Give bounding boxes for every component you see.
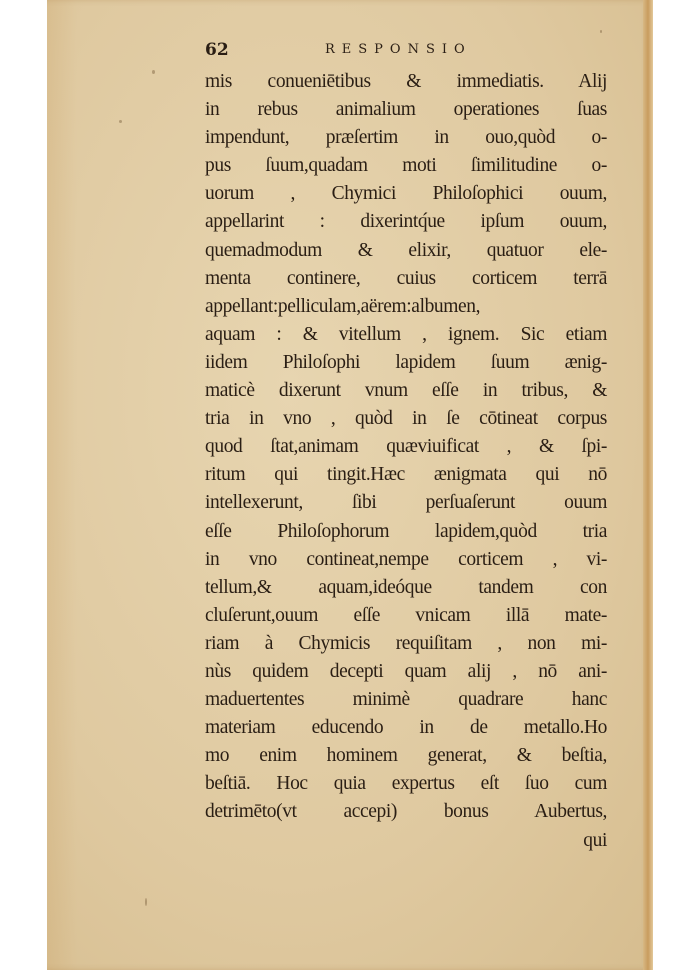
text-line: riam à Chymicis requiſitam , non mi- bbox=[205, 630, 607, 658]
text-line: intellexerunt, ſibi perſuaſerunt ouum bbox=[205, 489, 607, 517]
text-line: aquam : & vitellum , ignem. Sic etiam bbox=[205, 321, 607, 349]
body-text: mis conueniētibus & immediatis. Alij in … bbox=[205, 68, 607, 855]
foxing-spot bbox=[600, 30, 602, 33]
foxing-spot bbox=[119, 120, 122, 123]
text-line: menta continere, cuius corticem terrā bbox=[205, 265, 607, 293]
text-line: maduertentes minimè quadrare hanc bbox=[205, 686, 607, 714]
text-line: maticè dixerunt vnum eſſe in tribus, & bbox=[205, 377, 607, 405]
text-line: quemadmodum & elixir, quatuor ele- bbox=[205, 237, 607, 265]
text-line: in vno contineat,nempe corticem , vi- bbox=[205, 546, 607, 574]
page-edge bbox=[643, 0, 653, 970]
text-line: impendunt, præſertim in ouo,quòd o- bbox=[205, 124, 607, 152]
running-title: RESPONSIO bbox=[325, 42, 472, 57]
catchword: qui bbox=[205, 827, 607, 855]
text-line: in rebus animalium operationes ſuas bbox=[205, 96, 607, 124]
text-line: appellarint : dixerintq́ue ipſum ouum, bbox=[205, 208, 607, 236]
running-head: 62 RESPONSIO bbox=[205, 38, 607, 68]
text-block: 62 RESPONSIO mis conueniētibus & immedia… bbox=[205, 38, 607, 855]
text-line: mis conueniētibus & immediatis. Alij bbox=[205, 68, 607, 96]
text-line: cluſerunt,ouum eſſe vnicam illā mate- bbox=[205, 602, 607, 630]
text-line: eſſe Philoſophorum lapidem,quòd tria bbox=[205, 518, 607, 546]
text-line: tria in vno , quòd in ſe cōtineat corpus bbox=[205, 405, 607, 433]
text-line: tellum,& aquam,ideóque tandem con bbox=[205, 574, 607, 602]
text-line: nùs quidem decepti quam alij , nō ani- bbox=[205, 658, 607, 686]
text-line: detrimēto(vt accepi) bonus Aubertus, bbox=[205, 798, 607, 826]
text-line: beſtiā. Hoc quia expertus eſt ſuo cum bbox=[205, 770, 607, 798]
text-line: appellant:pelliculam,aërem:albumen, bbox=[205, 293, 607, 321]
text-line: iidem Philoſophi lapidem ſuum ænig- bbox=[205, 349, 607, 377]
gutter-shadow bbox=[47, 0, 77, 970]
page-number: 62 bbox=[205, 40, 229, 60]
text-line: mo enim hominem generat, & beſtia, bbox=[205, 742, 607, 770]
text-line: pus ſuum,quadam moti ſimilitudine o- bbox=[205, 152, 607, 180]
text-line: quod ſtat,animam quæviuificat , & ſpi- bbox=[205, 433, 607, 461]
foxing-spot bbox=[145, 898, 147, 906]
text-line: uorum , Chymici Philoſophici ouum, bbox=[205, 180, 607, 208]
text-line: materiam educendo in de metallo.Ho bbox=[205, 714, 607, 742]
foxing-spot bbox=[152, 70, 155, 74]
text-line: ritum qui tingit.Hæc ænigmata qui nō bbox=[205, 461, 607, 489]
